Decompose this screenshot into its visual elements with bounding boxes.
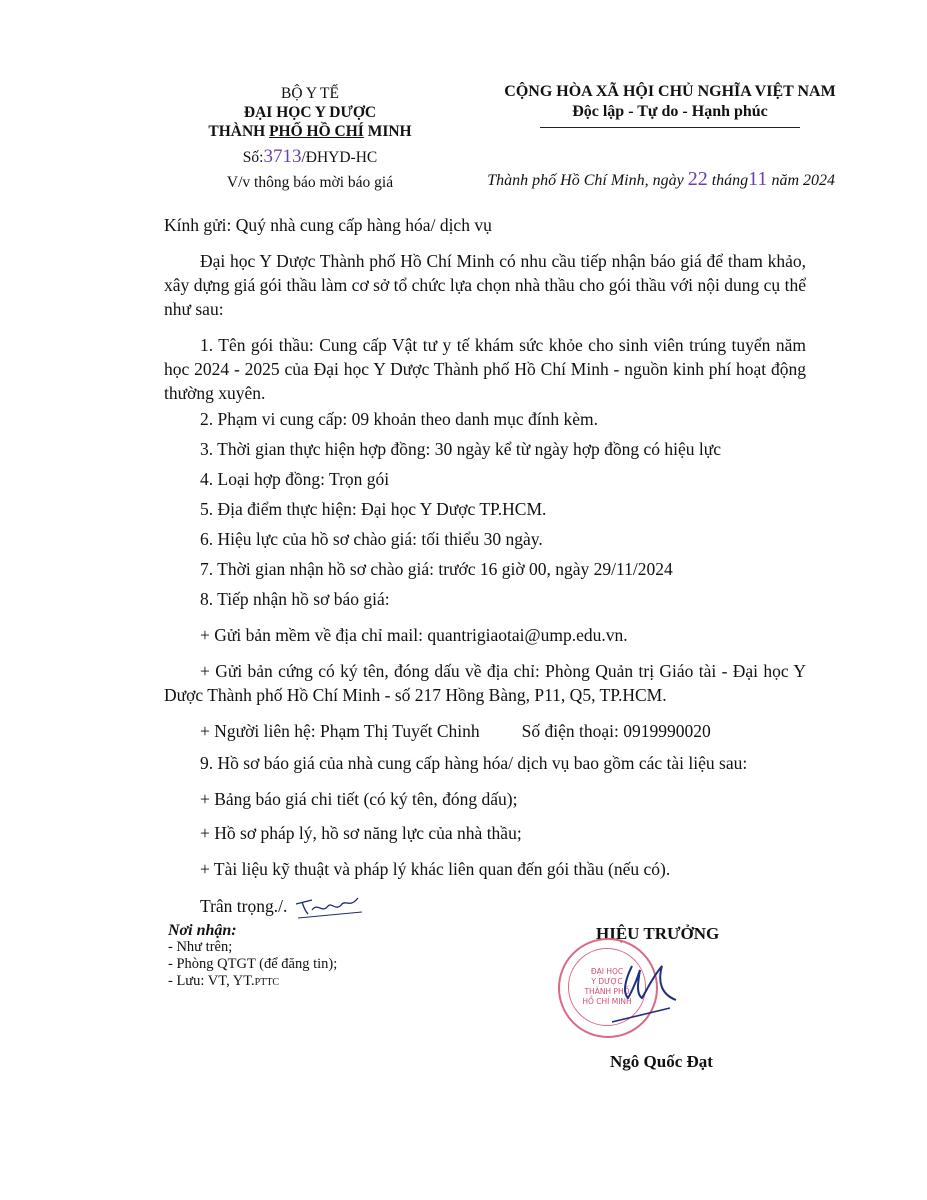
issuer-block: BỘ Y TẾ ĐẠI HỌC Y DƯỢC THÀNH PHỐ HỒ CHÍ … <box>150 84 470 192</box>
item-7: 7. Thời gian nhận hồ sơ chào giá: trước … <box>164 557 842 581</box>
national-header: CỘNG HÒA XÃ HỘI CHỦ NGHĨA VIỆT NAM Độc l… <box>460 82 880 128</box>
item-4: 4. Loại hợp đồng: Trọn gói <box>164 467 842 491</box>
intro-paragraph: Đại học Y Dược Thành phố Hồ Chí Minh có … <box>164 249 806 321</box>
email-line: + Gửi bản mềm về địa chỉ mail: quantrigi… <box>164 623 842 647</box>
signer-name: Ngô Quốc Đạt <box>610 1052 713 1072</box>
document-date: Thành phố Hồ Chí Minh, ngày 22 tháng11 n… <box>460 168 880 191</box>
motto-underline <box>540 127 800 128</box>
phone-number: Số điện thoại: 0919990020 <box>522 721 711 741</box>
item-1: 1. Tên gói thầu: Cung cấp Vật tư y tế kh… <box>164 333 806 405</box>
closing: Trân trọng./. <box>164 894 842 922</box>
receiver-item: - Như trên; <box>168 939 337 956</box>
document-1: + Bảng báo giá chi tiết (có ký tên, đóng… <box>164 787 842 811</box>
signature-icon <box>612 958 732 1028</box>
item-2: 2. Phạm vi cung cấp: 09 khoản theo danh … <box>164 407 842 431</box>
document-subject: V/v thông báo mời báo giá <box>150 173 470 192</box>
receiver-item: - Lưu: VT, YT.PTTC <box>168 973 337 991</box>
address-line: + Gửi bản cứng có ký tên, đóng dấu về đị… <box>164 659 806 707</box>
contact-line: + Người liên hệ: Phạm Thị Tuyết ChinhSố … <box>164 719 842 743</box>
salutation: Kính gửi: Quý nhà cung cấp hàng hóa/ dịc… <box>164 213 806 237</box>
item-3: 3. Thời gian thực hiện hợp đồng: 30 ngày… <box>164 437 842 461</box>
receivers-title: Nơi nhận: <box>168 922 337 939</box>
university-name-line2: THÀNH PHỐ HỒ CHÍ MINH <box>150 122 470 141</box>
receivers-block: Nơi nhận: - Như trên; - Phòng QTGT (để đ… <box>168 922 337 991</box>
document-number: Số:3713/ĐHYD-HC <box>150 147 470 167</box>
university-name-line1: ĐẠI HỌC Y DƯỢC <box>150 103 470 122</box>
item-6: 6. Hiệu lực của hồ sơ chào giá: tối thiể… <box>164 527 842 551</box>
nation-title: CỘNG HÒA XÃ HỘI CHỦ NGHĨA VIỆT NAM <box>460 82 880 102</box>
receiver-item: - Phòng QTGT (để đăng tin); <box>168 956 337 973</box>
item-5: 5. Địa điểm thực hiện: Đại học Y Dược TP… <box>164 497 842 521</box>
national-motto: Độc lập - Tự do - Hạnh phúc <box>460 102 880 122</box>
ministry-name: BỘ Y TẾ <box>150 84 470 103</box>
document-3: + Tài liệu kỹ thuật và pháp lý khác liên… <box>164 857 842 881</box>
item-9: 9. Hồ sơ báo giá của nhà cung cấp hàng h… <box>164 751 842 775</box>
initials-signature-icon <box>292 894 372 922</box>
document-2: + Hồ sơ pháp lý, hồ sơ năng lực của nhà … <box>164 821 842 845</box>
item-8: 8. Tiếp nhận hồ sơ báo giá: <box>164 587 842 611</box>
